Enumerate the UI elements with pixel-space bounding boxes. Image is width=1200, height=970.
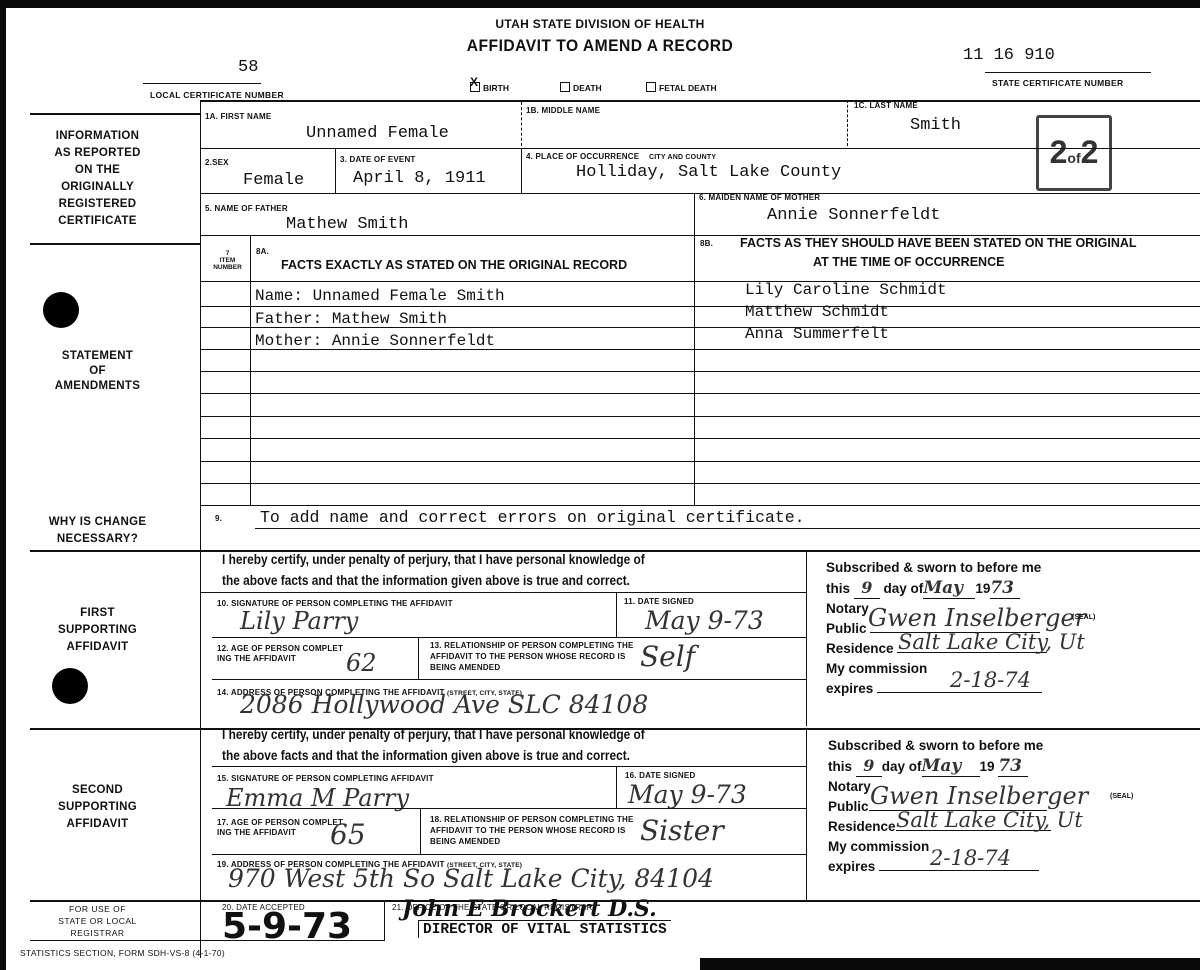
divider [521, 102, 522, 146]
sex-value[interactable]: Female [243, 171, 304, 190]
divider [616, 592, 617, 637]
corrected-fact-3[interactable]: Anna Summerfelt [745, 325, 889, 343]
agency-name: UTAH STATE DIVISION OF HEALTH [0, 17, 1200, 31]
divider [30, 113, 200, 115]
divider [200, 327, 1200, 328]
date-signed-label-2: 16. DATE SIGNED [625, 771, 695, 780]
date-signed-label-1: 11. DATE SIGNED [624, 597, 694, 606]
notary-year-1: 73 [990, 578, 1020, 599]
divider [616, 766, 617, 808]
notary-name-2[interactable]: Gwen Inselberger [870, 782, 1088, 810]
form-id: STATISTICS SECTION, FORM SDH-VS-8 (4-1-7… [20, 948, 225, 958]
checkbox-empty-icon [646, 82, 656, 92]
notary-day-2: 9 [856, 756, 882, 777]
col-b-num: 8B. [700, 239, 713, 248]
state-cert-number: 11 16 910 [963, 46, 1055, 65]
father-value[interactable]: Mathew Smith [286, 215, 408, 234]
divider [200, 416, 1200, 417]
divider [200, 592, 806, 593]
divider [335, 148, 336, 193]
notary-year-2: 73 [998, 756, 1028, 777]
reason-num: 9. [215, 514, 222, 523]
relationship-label-1: 13. RELATIONSHIP OF PERSON COMPLETING TH… [430, 640, 633, 673]
divider [694, 193, 695, 281]
age-label-2: 17. AGE OF PERSON COMPLETING THE AFFIDAV… [217, 818, 343, 838]
mother-value[interactable]: Annie Sonnerfeldt [767, 206, 940, 225]
divider [30, 940, 385, 941]
notary-day-1: 9 [854, 578, 880, 599]
registrar-title-stamp: DIRECTOR OF VITAL STATISTICS [418, 920, 671, 938]
divider [30, 243, 200, 245]
reason-value[interactable]: To add name and correct errors on origin… [260, 508, 805, 527]
divider [250, 235, 251, 505]
section-label-reason: WHY IS CHANGE NECESSARY? [30, 514, 165, 548]
divider [200, 306, 1200, 307]
col-b-subtitle: AT THE TIME OF OCCURRENCE [813, 255, 1004, 269]
divider [212, 766, 806, 767]
divider [212, 808, 806, 809]
divider [200, 371, 1200, 372]
scan-edge-left [0, 0, 6, 970]
divider [200, 100, 1200, 102]
seal-label-2: (SEAL) [1110, 793, 1133, 800]
divider [255, 528, 1200, 529]
section-label-amendments: STATEMENT OF AMENDMENTS [30, 349, 165, 394]
original-fact-1[interactable]: Name: Unnamed Female Smith [255, 287, 505, 305]
notary-month-1: May [923, 578, 975, 599]
first-name-value[interactable]: Unnamed Female [306, 124, 449, 143]
divider [200, 281, 1200, 282]
middle-name-label: 1B. MIDDLE NAME [526, 106, 600, 115]
last-name-label: 1C. LAST NAME [854, 101, 918, 110]
checkbox-fetal-death[interactable]: FETAL DEATH [646, 82, 717, 93]
seal-label-1: (SEAL) [1072, 614, 1095, 621]
age-value-2[interactable]: 65 [330, 818, 366, 851]
local-cert-number: 58 [238, 58, 258, 77]
checkbox-birth[interactable]: XBIRTH [470, 82, 509, 93]
scan-edge-bottom [700, 958, 1200, 970]
divider [847, 100, 848, 146]
checkbox-empty-icon [560, 82, 570, 92]
divider [806, 728, 807, 900]
original-fact-3[interactable]: Mother: Annie Sonnerfeldt [255, 332, 495, 350]
state-cert-underline [985, 72, 1151, 73]
local-cert-label: LOCAL CERTIFICATE NUMBER [150, 90, 284, 100]
original-fact-2[interactable]: Father: Mathew Smith [255, 310, 447, 328]
section-label-affidavit-1: FIRST SUPPORTING AFFIDAVIT [30, 605, 165, 656]
signature-1[interactable]: Lily Parry [240, 607, 358, 635]
divider [200, 505, 1200, 506]
age-label-1: 12. AGE OF PERSON COMPLETING THE AFFIDAV… [217, 644, 343, 664]
notary-residence-2[interactable]: Salt Lake City, Ut [896, 808, 1083, 832]
punch-hole [52, 668, 88, 704]
date-signed-2[interactable]: May 9-73 [628, 780, 747, 809]
place-value[interactable]: Holliday, Salt Lake County [576, 163, 841, 182]
notary-name-1[interactable]: Gwen Inselberger [868, 604, 1086, 632]
first-name-label: 1A. FIRST NAME [205, 112, 271, 121]
relationship-value-2[interactable]: Sister [640, 814, 724, 847]
item-number-header: 7 ITEM NUMBER [205, 250, 250, 271]
divider [384, 900, 385, 940]
checkbox-checked-icon: X [470, 82, 480, 92]
scan-edge-top [0, 0, 1200, 8]
relationship-value-1[interactable]: Self [640, 640, 695, 673]
checkbox-death[interactable]: DEATH [560, 82, 602, 93]
divider [418, 637, 419, 679]
address-value-2[interactable]: 970 West 5th So Salt Lake City, 84104 [228, 864, 714, 893]
sex-label: 2.SEX [205, 158, 229, 167]
corrected-fact-1[interactable]: Lily Caroline Schmidt [745, 281, 947, 299]
mother-label: 6. MAIDEN NAME OF MOTHER [699, 193, 820, 202]
punch-hole [43, 292, 79, 328]
divider [806, 550, 807, 726]
divider [212, 679, 806, 680]
divider [200, 148, 1200, 149]
divider [200, 461, 1200, 462]
divider [200, 349, 1200, 350]
last-name-value[interactable]: Smith [910, 116, 961, 135]
notary-expires-1[interactable]: 2-18-74 [950, 668, 1031, 692]
divider [212, 854, 806, 855]
signature-label-2: 15. SIGNATURE OF PERSON COMPLETING AFFID… [217, 774, 434, 783]
date-of-event-value[interactable]: April 8, 1911 [353, 169, 486, 188]
divider [200, 438, 1200, 439]
divider [200, 483, 1200, 484]
certification-text-1: I hereby certify, under penalty of perju… [222, 549, 645, 591]
page-stamp: 2of2 [1036, 115, 1112, 191]
place-label: 4. PLACE OF OCCURRENCE CITY AND COUNTY [526, 152, 716, 161]
col-b-title: FACTS AS THEY SHOULD HAVE BEEN STATED ON… [740, 236, 1137, 250]
registrar-signature[interactable]: John E Brockert D.S. [402, 896, 657, 922]
section-label-affidavit-2: SECOND SUPPORTING AFFIDAVIT [30, 782, 165, 833]
section-label-original: INFORMATION AS REPORTED ON THE ORIGINALL… [30, 128, 165, 230]
divider [420, 808, 421, 854]
father-label: 5. NAME OF FATHER [205, 204, 288, 213]
notary-residence-1[interactable]: Salt Lake City, Ut [898, 630, 1085, 654]
notary-expires-2[interactable]: 2-18-74 [930, 846, 1011, 870]
divider [200, 100, 201, 958]
col-a-num: 8A. [256, 247, 269, 256]
age-value-1[interactable]: 62 [346, 649, 377, 677]
local-cert-underline [143, 83, 261, 84]
divider [200, 393, 1200, 394]
divider [521, 148, 522, 193]
address-value-1[interactable]: 2086 Hollywood Ave SLC 84108 [240, 690, 648, 719]
corrected-fact-2[interactable]: Matthew Schmidt [745, 303, 889, 321]
date-of-event-label: 3. DATE OF EVENT [340, 155, 416, 164]
date-signed-1[interactable]: May 9-73 [645, 606, 764, 635]
state-cert-label: STATE CERTIFICATE NUMBER [992, 78, 1123, 88]
col-a-title: FACTS EXACTLY AS STATED ON THE ORIGINAL … [281, 258, 627, 272]
divider [212, 637, 806, 638]
notary-month-2: May [922, 756, 980, 777]
section-label-registrar: FOR USE OF STATE OR LOCAL REGISTRAR [30, 903, 165, 939]
certification-text-2: I hereby certify, under penalty of perju… [222, 724, 645, 766]
relationship-label-2: 18. RELATIONSHIP OF PERSON COMPLETING TH… [430, 814, 633, 847]
